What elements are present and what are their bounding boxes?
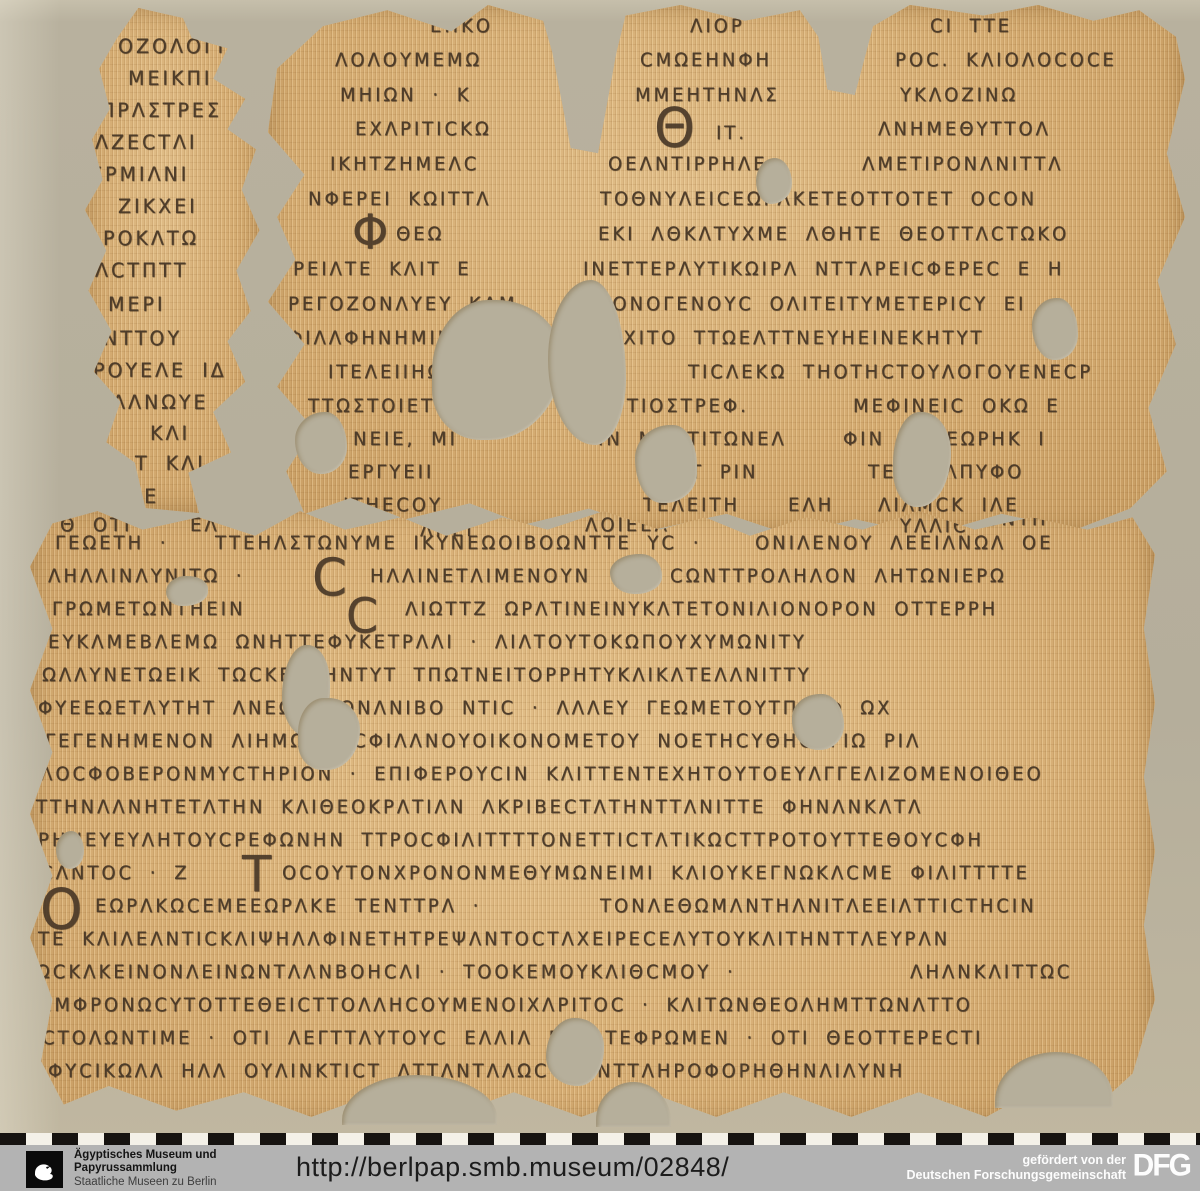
manuscript-text-line: ΝΕΙΕ, ΜΙ xyxy=(353,431,458,450)
manuscript-text-line: ΕΡΜΙΛΝΙ xyxy=(90,166,189,186)
manuscript-text-line: ΛΖΕϹΤΛΙ xyxy=(95,134,198,154)
manuscript-text-line: ΜΕΦΙΝΕΙϹ ΟΚΩ Ε xyxy=(853,398,1061,417)
manuscript-text-line: ΡΟΥΕΛΕ ΙΔ xyxy=(93,362,227,382)
manuscript-text-line: Τ ΚΛΙ xyxy=(135,455,206,475)
papyrus-hole xyxy=(1032,298,1078,360)
manuscript-text-line: ΚΛΙ xyxy=(150,425,190,445)
manuscript-text-line: ΦΙΛΛΦΗΝΗΜΙΗ xyxy=(288,330,454,349)
manuscript-text-line: ΡΕΙΛΤΕ ΚΛΙΤ Ε xyxy=(293,261,471,280)
manuscript-text-line: ΙΤΗΕϹΟΥ xyxy=(343,497,443,516)
museum-subtitle: Staatliche Museen zu Berlin xyxy=(74,1175,217,1189)
manuscript-text-line: ΛΛΝΩΥΕ xyxy=(112,394,208,414)
manuscript-text-line: ΕΚΙ ΛΘΚΛΤΥΧΜΕ ΛΘΗΤΕ ΘΕΟΤΤΛϹΤΩΚΟ xyxy=(598,226,1069,245)
manuscript-text-line: ΓΕΩΕΤΗ · xyxy=(55,535,169,554)
papyrus-hole xyxy=(610,554,662,594)
museum-name-line2: Papyrussammlung xyxy=(74,1162,217,1175)
manuscript-text-line: ΛΧΙΤΟ ΤΤΩΕΛΤΤΝΕΥΗΕΙΝΕΚΗΤΥΤ xyxy=(608,330,984,349)
manuscript-initial-letter: Ϲ xyxy=(346,592,381,640)
dfg-logo: DFG xyxy=(1133,1148,1190,1184)
dfg-credit: gefördert von der Deutschen Forschungsge… xyxy=(907,1153,1127,1183)
manuscript-text-line: ΛΜΕΤΙΡΟΝΛΝΙΤΤΛ xyxy=(862,156,1063,175)
manuscript-text-line: ΤΟΘΝΥΛΕΙϹΕΩΡΛΚΕΤΕΟΤΤΟΤΕΤ ΟϹΟΝ xyxy=(600,191,1037,210)
manuscript-text-line: ΡΟϹ. ΚΛΙΟΛΟϹΟϹΕ xyxy=(895,52,1117,71)
manuscript-text-line: ϹΤΟΛΩΝΤΙΜΕ · ΟΤΙ ΛΕΓΤΤΛΥΤΟΥϹ ΕΛΛΙΛ ΕΡΓΛΤ… xyxy=(42,1030,983,1049)
manuscript-initial-letter: Ο xyxy=(40,882,86,938)
papyrus-hole xyxy=(635,425,697,503)
dfg-credit-line2: Deutschen Forschungsgemeinschaft xyxy=(907,1168,1127,1183)
manuscript-text-line: ΖΙΚΧΕΙ xyxy=(118,198,198,218)
papyrus-fragment-left: ΟΖΟΛΟΓΙΜΕΙΚΠΙΠΡΛΣΤΡΕΣΛΖΕϹΤΛΙΕΡΜΙΛΝΙΖΙΚΧΕ… xyxy=(85,8,263,513)
manuscript-text-line: ϹΩΝΤΤΡΟΛΗΛΟΝ ΛΗΤΩΝΙΕΡΩ xyxy=(670,568,1007,587)
manuscript-text-line: ΡΟΚΛΤΩ xyxy=(103,230,199,250)
manuscript-text-line: ΛΟΛΟΥΜΕΜΩ xyxy=(335,52,482,71)
manuscript-text-line: ΙΤ. xyxy=(716,125,747,144)
manuscript-text-line: ΠΡΛΣΤΡΕΣ xyxy=(100,102,222,122)
manuscript-text-line: ΡΗΝΕΥΕΥΛΗΤΟΥϹΡΕΦΩΝΗΝ ΤΤΡΟϹΦΙΛΙΤΤΤΤΟΝΕΤΤΙ… xyxy=(38,832,984,851)
manuscript-text-line: ΕΧΛΡΙΤΙϹΚΩ xyxy=(355,121,492,140)
manuscript-text-line: ΝΤΤΟΥ xyxy=(103,330,182,350)
manuscript-text-line: ΕΜΦΡΟΝΩϹΥΤΟΤΤΕΘΕΙϹΤΤΟΛΛΗϹΟΥΜΕΝΟΙΧΛΡΙΤΟϹ … xyxy=(40,997,973,1016)
manuscript-text-line: ΕΙΙΚΟ xyxy=(430,18,493,37)
manuscript-text-line: ΤΙϹΛΕΚΩ ΤΗΟΤΗϹΤΟΥΛΟΓΟΥΕΝΕϹΡ xyxy=(688,364,1093,383)
manuscript-text-line: ΦΥΕΕΩΕΤΛΥΤΗΤ ΛΝΕΩΡΗΤΟΝΛΝΙΒΟ ΝΤΙϹ · ΛΛΛΕΥ… xyxy=(38,700,892,719)
dfg-credit-line1: gefördert von der xyxy=(907,1153,1127,1168)
museum-name-line1: Ägyptisches Museum und xyxy=(74,1149,217,1162)
page-url: http://berlpap.smb.museum/02848/ xyxy=(296,1152,729,1183)
manuscript-text-line: ΓΡΩΜΕΤΩΝΤΗΕΙΝ xyxy=(52,601,245,620)
manuscript-text-line: ΟϹΟΥΤΟΝΧΡΟΝΟΝΜΕΘΥΜΩΝΕΙΜΙ ΚΛΙΟΥΚΕΓΝΩΚΛϹΜΕ… xyxy=(282,865,1030,884)
papyrus-hole xyxy=(792,694,844,750)
manuscript-text-line: ΟΖΟΛΟΓΙ xyxy=(118,38,226,58)
manuscript-text-line: ΦΥϹΙΚΩΛΛ ΗΛΛ ΟΥΛΙΝΚΤΙϹΤ ΛΤΤΛΝΤΛΛΩϹ ΛΝΝΤΤ… xyxy=(48,1063,905,1082)
manuscript-text-line: ΓΕΓΕΝΗΜΕΝΟΝ ΛΙΗΜΩϹΤΗϹΦΙΛΛΝΟΥΟΙΚΟΝΟΜΕΤΟΥ … xyxy=(45,733,921,752)
manuscript-text-line: ΜΗΙΩΝ · Κ xyxy=(340,87,472,106)
manuscript-text-line: ΗΛΛΙΝΕΤΛΙΜΕΝΟΥΝ xyxy=(370,568,591,587)
manuscript-text-line: ΕΚΙΕ xyxy=(105,488,159,508)
manuscript-initial-letter: Ϲ xyxy=(312,552,350,604)
manuscript-initial-letter: Τ xyxy=(242,850,274,900)
manuscript-text-line: ΘΕΩ xyxy=(396,226,444,245)
manuscript-text-line: ΤΕ ΚΛΙΛΕΛΝΤΙϹΚΛΙΨΗΛΛΦΙΝΕΤΗΤΡΕΨΛΝΤΟϹΤΛΧΕΙ… xyxy=(38,931,950,950)
museum-text: Ägyptisches Museum und Papyrussammlung S… xyxy=(74,1149,217,1189)
footer-bar: Ägyptisches Museum und Papyrussammlung S… xyxy=(0,1145,1200,1191)
manuscript-text-line: ΕΥΚΛΜΕΒΛΕΜΩ ΩΝΗΤΤΕΦΥΚΕΤΡΛΛΙ · ΛΙΛΤΟΥΤΟΚΩ… xyxy=(48,634,807,653)
manuscript-text-line: ΥΚΛΟΖΙΝΩ xyxy=(900,87,1018,106)
papyrus-fragment-upper: ΕΙΙΚΟΛΙΟΡϹΙ ΤΤΕΛΟΛΟΥΜΕΜΩϹΜΩΕΗΝΦΗΡΟϹ. ΚΛΙ… xyxy=(268,5,1185,535)
manuscript-text-line: ΛΗΛΛΙΝΛΥΝΙΤΩ · xyxy=(48,568,245,587)
manuscript-text-line: ΜΕΙΚΠΙ xyxy=(128,70,212,90)
manuscript-text-line: ΛϹΤΠΤΤ xyxy=(95,262,188,282)
manuscript-initial-letter: Θ xyxy=(654,102,698,156)
manuscript-text-line: ΕΩΡΛΚΩϹΕΜΕΕΩΡΛΚΕ ΤΕΝΤΤΡΛ · xyxy=(95,898,481,917)
manuscript-text-line: ΛΙΩΤΤΖ ΩΡΛΤΙΝΕΙΝΥΚΛΤΕΤΟΝΙΛΙΟΝΟΡΟΝ ΟΤΤΕΡΡ… xyxy=(405,601,998,620)
manuscript-text-line: ΝΦΕΡΕΙ ΚΩΙΤΤΛ xyxy=(308,191,491,210)
manuscript-text-line: ΕΟΝΟΓΕΝΟΥϹ ΟΛΙΤΕΙΤΥΜΕΤΕΡΙϹΥ ΕΙ xyxy=(598,296,1026,315)
manuscript-text-line: ΕΛΗ xyxy=(788,497,834,516)
manuscript-text-line: ΤΟΝΛΕΘΩΜΛΝΤΗΛΝΙΤΛΕΕΙΛΤΤΙϹΤΗϹΙΝ xyxy=(600,898,1037,917)
manuscript-text-line: ΤΤΕΗΛΣΤΩΝΥΜΕ ΙΚΥΝΕΩΟΙΒΟΩΝΤΤΕ ΥϹ · xyxy=(215,535,701,554)
manuscript-text-line: ΟΝΙΛΕΝΟΥ ΛΕΕΙΛΝΩΛ ΟΕ xyxy=(755,535,1053,554)
scale-ruler xyxy=(0,1133,1200,1145)
papyrus-hole xyxy=(56,831,84,869)
manuscript-text-line: ΙΚΗΤΖΗΜΕΛϹ xyxy=(330,156,479,175)
manuscript-text-line: ΤΤΗΝΛΛΝΗΤΕΤΛΤΗΝ ΚΛΙΘΕΟΚΡΛΤΙΛΝ ΛΚΡΙΒΕϹΤΛΤ… xyxy=(36,799,923,818)
manuscript-text-line: ΛΟϹΦΟΒΕΡΟΝΜΥϹΤΗΡΙΟΝ · ΕΠΙΦΕΡΟΥϹΙΝ ΚΛΙΤΤΕ… xyxy=(40,766,1044,785)
manuscript-text-line: ΛΙΟΡ xyxy=(690,18,745,37)
papyrus-scan-page: ΟΖΟΛΟΓΙΜΕΙΚΠΙΠΡΛΣΤΡΕΣΛΖΕϹΤΛΙΕΡΜΙΛΝΙΖΙΚΧΕ… xyxy=(0,0,1200,1191)
smb-logo-block: Ägyptisches Museum und Papyrussammlung S… xyxy=(26,1149,217,1189)
eagle-icon xyxy=(26,1151,63,1188)
manuscript-text-line: ΛΗΛΝΚΛΙΤΤΩϹ xyxy=(910,964,1072,983)
papyrus-hole xyxy=(546,1018,604,1086)
papyrus-hole xyxy=(295,412,347,474)
manuscript-text-line: ΙΝΕΤΤΕΡΛΥΤΙΚΩΙΡΛ ΝΤΤΛΡΕΙϹΦΕΡΕϹ Ε Η xyxy=(583,261,1064,280)
manuscript-text-line: ΩΛΛΥΝΕΤΩΕΙΚ ΤΩϹΚΕΧΡΗΝΤΥΤ ΤΠΩΤΝΕΙΤΟΡΡΗΤΥΚ… xyxy=(42,667,812,686)
manuscript-text-line: ΛΙΛΜϹΚ ΙΛΕ xyxy=(878,497,1020,516)
manuscript-initial-letter: Φ xyxy=(352,208,391,256)
papyrus-hole xyxy=(756,158,792,204)
manuscript-text-line: ΩϹΚΛΚΕΙΝΟΝΛΕΙΝΩΝΤΛΛΝΒΟΗϹΛΙ · ΤΟΟΚΕΜΟΥΚΛΙ… xyxy=(36,964,736,983)
manuscript-text-line: ϹΙ ΤΤΕ xyxy=(930,18,1012,37)
manuscript-text-line: ΛΝΗΜΕΘΥΤΤΟΛ xyxy=(878,121,1051,140)
manuscript-text-line: ϹΜΩΕΗΝΦΗ xyxy=(640,52,772,71)
manuscript-text-line: ΕΡΓΥΕΙΙ xyxy=(348,464,434,483)
manuscript-text-line: ΜΕΡΙ xyxy=(108,296,165,316)
